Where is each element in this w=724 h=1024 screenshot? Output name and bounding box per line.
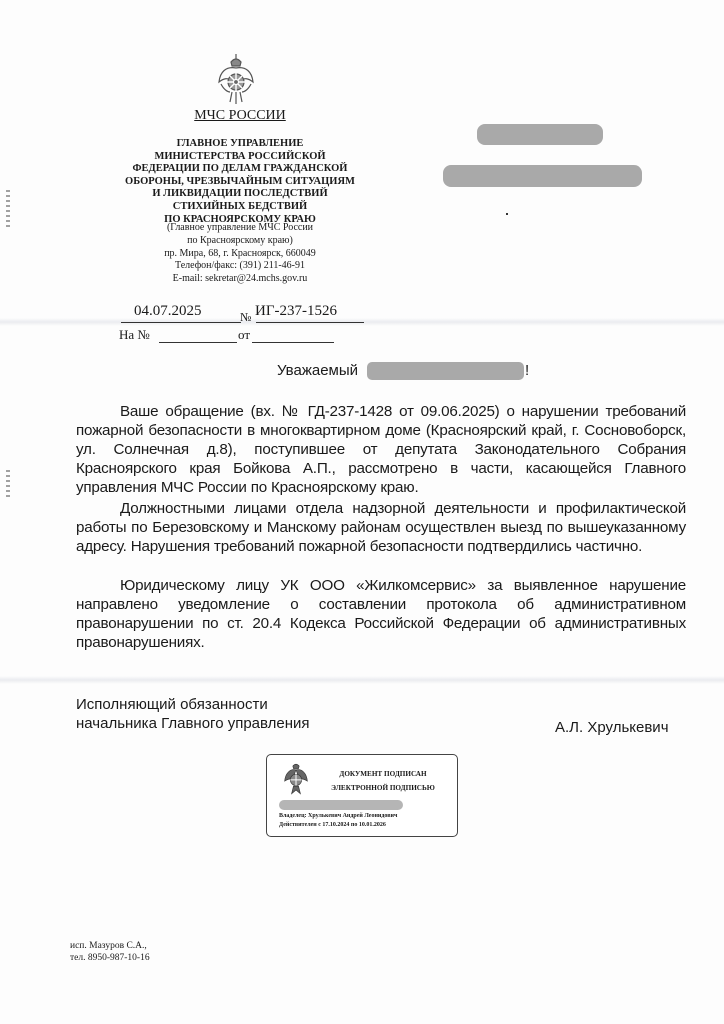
recipient-redaction-2	[443, 165, 642, 187]
reference-date-label: от	[238, 327, 250, 343]
org-email: E-mail: sekretar@24.mchs.gov.ru	[100, 273, 380, 286]
paragraph-text: Юридическому лицу УК ООО «Жилкомсервис» …	[76, 576, 686, 652]
date-underline	[121, 322, 241, 323]
signatory-role: Исполняющий обязанности начальника Главн…	[76, 695, 310, 733]
org-detail-line: (Главное управление МЧС России	[100, 222, 380, 235]
letter-number-label: №	[240, 310, 251, 325]
org-address: пр. Мира, 68, г. Красноярск, 660049	[100, 248, 380, 261]
org-phone: Телефон/факс: (391) 211-46-91	[100, 260, 380, 273]
executor-phone: тел. 8950-987-10-16	[70, 952, 150, 964]
paragraph-text: Должностными лицами отдела надзорной дея…	[76, 499, 686, 556]
org-full-name: ГЛАВНОЕ УПРАВЛЕНИЕ МИНИСТЕРСТВА РОССИЙСК…	[100, 138, 380, 226]
salutation-prefix: Уважаемый	[277, 362, 358, 379]
org-line: ГЛАВНОЕ УПРАВЛЕНИЕ	[100, 138, 380, 151]
role-line: начальника Главного управления	[76, 714, 310, 733]
body-paragraph-2: Должностными лицами отдела надзорной дея…	[76, 499, 686, 556]
org-line: СТИХИЙНЫХ БЕДСТВИЙ	[100, 201, 380, 214]
scan-edge-marks	[6, 470, 10, 500]
certificate-validity: Действителен с 17.10.2024 по 10.01.2026	[279, 822, 386, 828]
scan-artifact	[0, 676, 724, 684]
recipient-name-redaction	[367, 362, 524, 380]
certificate-owner: Владелец: Хрулькевич Андрей Леонидович	[279, 813, 397, 819]
number-underline	[256, 322, 364, 323]
org-line: ОБОРОНЫ, ЧРЕЗВЫЧАЙНЫМ СИТУАЦИЯМ	[100, 176, 380, 189]
body-paragraph-3: Юридическому лицу УК ООО «Жилкомсервис» …	[76, 576, 686, 652]
org-detail-line: по Красноярскому краю)	[100, 235, 380, 248]
org-contact-details: (Главное управление МЧС России по Красно…	[100, 222, 380, 286]
electronic-signature-stamp: ДОКУМЕНТ ПОДПИСАН ЭЛЕКТРОННОЙ ПОДПИСЬЮ В…	[266, 754, 458, 837]
signatory-name: А.Л. Хрулькевич	[555, 719, 669, 736]
reference-date-blank	[252, 342, 334, 343]
e-signature-title: ДОКУМЕНТ ПОДПИСАН ЭЛЕКТРОННОЙ ПОДПИСЬЮ	[317, 767, 449, 795]
e-signature-title-line: ЭЛЕКТРОННОЙ ПОДПИСЬЮ	[317, 781, 449, 795]
body-paragraph-1: Ваше обращение (вх. № ГД-237-1428 от 09.…	[76, 402, 686, 497]
letter-page: МЧС РОССИИ ГЛАВНОЕ УПРАВЛЕНИЕ МИНИСТЕРСТ…	[0, 0, 724, 1024]
mchs-eagle-emblem-icon	[283, 761, 309, 795]
salutation-suffix: !	[525, 362, 529, 379]
org-line: МИНИСТЕРСТВА РОССИЙСКОЙ	[100, 151, 380, 164]
certificate-redaction	[279, 800, 403, 810]
executor-name: исп. Мазуров С.А.,	[70, 940, 150, 952]
mchs-eagle-emblem-icon	[216, 52, 256, 106]
recipient-redaction-1	[477, 124, 603, 145]
letter-date: 04.07.2025	[134, 303, 202, 320]
reference-number-label: На №	[119, 327, 150, 343]
letter-number: ИГ-237-1526	[255, 303, 337, 320]
org-short-name: МЧС РОССИИ	[110, 108, 370, 124]
paragraph-text: Ваше обращение (вх. № ГД-237-1428 от 09.…	[76, 402, 686, 497]
executor-info: исп. Мазуров С.А., тел. 8950-987-10-16	[70, 940, 150, 964]
scan-dot	[506, 213, 508, 215]
reference-number-blank	[159, 342, 237, 343]
org-line: ФЕДЕРАЦИИ ПО ДЕЛАМ ГРАЖДАНСКОЙ	[100, 163, 380, 176]
org-line: И ЛИКВИДАЦИИ ПОСЛЕДСТВИЙ	[100, 188, 380, 201]
e-signature-title-line: ДОКУМЕНТ ПОДПИСАН	[317, 767, 449, 781]
scan-edge-marks	[6, 190, 10, 230]
role-line: Исполняющий обязанности	[76, 695, 310, 714]
